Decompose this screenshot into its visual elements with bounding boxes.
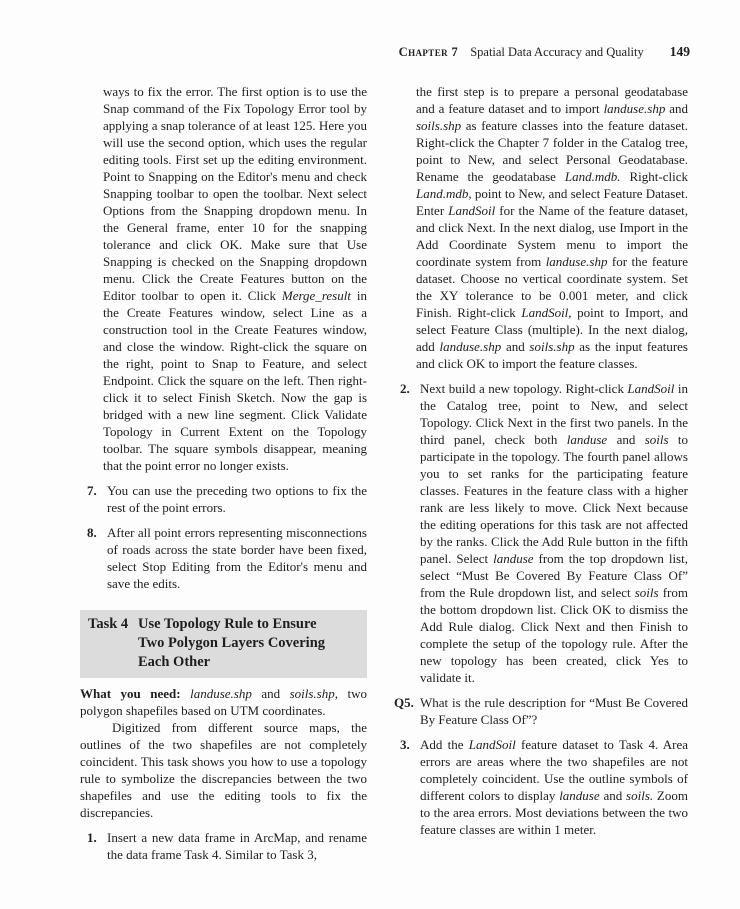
two-column-body: ways to fix the error. The first option …: [0, 83, 740, 863]
text-run: and: [501, 339, 529, 354]
text-run: ways to fix the error. The first option …: [103, 84, 367, 303]
item-text: After all point errors representing misc…: [107, 525, 367, 591]
text-run: After all point errors representing misc…: [107, 525, 367, 591]
step-item: 7.You can use the preceding two options …: [80, 482, 367, 516]
running-header: Chapter 7Spatial Data Accuracy and Quali…: [0, 44, 740, 60]
question-item: Q5.What is the rule description for “Mus…: [393, 694, 688, 728]
text-run: LandSoil: [627, 381, 674, 396]
page-number: 149: [670, 44, 690, 59]
task-heading: Task 4Use Topology Rule to EnsureTwo Pol…: [80, 610, 367, 678]
step-item: 3.Add the LandSoil feature dataset to Ta…: [393, 736, 688, 838]
text-run: soils: [645, 432, 669, 447]
task-title-line: Two Polygon Layers Covering: [138, 634, 325, 653]
text-run: soils.shp,: [290, 686, 338, 701]
text-run: landuse: [493, 551, 533, 566]
text-run: and: [600, 788, 626, 803]
text-run: Right-click: [621, 169, 688, 184]
text-run: You can use the preceding two options to…: [107, 483, 367, 515]
what-you-need-paragraph: What you need: landuse.shp and soils.shp…: [80, 685, 367, 719]
text-run: landuse.shp: [190, 686, 252, 701]
item-marker: 3.: [400, 736, 410, 753]
book-page: Chapter 7Spatial Data Accuracy and Quali…: [0, 0, 740, 909]
text-run: and: [665, 101, 688, 116]
text-run: soils.shp: [529, 339, 574, 354]
text-run: landuse.shp: [604, 101, 666, 116]
item-marker: 8.: [87, 524, 97, 541]
right-column: the first step is to prepare a personal …: [393, 83, 688, 863]
text-run: and: [607, 432, 644, 447]
text-run: Insert a new data frame in ArcMap, and r…: [107, 830, 367, 862]
text-run: in the Create Features window, select Li…: [103, 288, 367, 473]
text-run: landuse.shp: [439, 339, 501, 354]
text-run: landuse: [567, 432, 607, 447]
text-run: LandSoil: [448, 203, 495, 218]
item-marker: 7.: [87, 482, 97, 499]
text-run: What you need:: [80, 686, 190, 701]
step-item: 2.Next build a new topology. Right-click…: [393, 380, 688, 686]
item-text: Next build a new topology. Right-click L…: [420, 381, 688, 685]
text-run: What is the rule description for “Must B…: [420, 695, 688, 727]
item-text: Insert a new data frame in ArcMap, and r…: [107, 830, 367, 862]
item-text: Add the LandSoil feature dataset to Task…: [420, 737, 688, 837]
chapter-label: Chapter 7: [399, 45, 459, 59]
intro-paragraph: Digitized from different source maps, th…: [80, 719, 367, 821]
text-run: LandSoil,: [521, 305, 571, 320]
continuation-paragraph: ways to fix the error. The first option …: [103, 83, 367, 474]
text-run: Add the: [420, 737, 469, 752]
text-run: and: [252, 686, 290, 701]
text-run: soils.: [626, 788, 653, 803]
text-run: Land.mdb.: [565, 169, 621, 184]
item-marker: 1.: [87, 829, 97, 846]
text-run: Next build a new topology. Right-click: [420, 381, 627, 396]
continuation-paragraph: the first step is to prepare a personal …: [416, 83, 688, 372]
text-run: soils.shp: [416, 118, 461, 133]
step-item: 1.Insert a new data frame in ArcMap, and…: [80, 829, 367, 863]
item-marker: 2.: [400, 380, 410, 397]
left-column: ways to fix the error. The first option …: [80, 83, 367, 863]
text-run: Merge_result: [282, 288, 351, 303]
item-marker: Q5.: [394, 694, 414, 711]
task-label: Task 4: [88, 615, 138, 672]
chapter-title: Spatial Data Accuracy and Quality: [470, 45, 644, 59]
item-text: What is the rule description for “Must B…: [420, 695, 688, 727]
text-run: LandSoil: [469, 737, 516, 752]
text-run: Digitized from different source maps, th…: [80, 720, 367, 820]
task-title: Use Topology Rule to EnsureTwo Polygon L…: [138, 615, 325, 672]
text-run: from the bottom dropdown list. Click OK …: [420, 585, 688, 685]
task-title-line: Use Topology Rule to Ensure: [138, 615, 325, 634]
text-run: soils: [635, 585, 659, 600]
text-run: to participate in the topology. The four…: [420, 432, 688, 566]
step-item: 8.After all point errors representing mi…: [80, 524, 367, 592]
task-title-line: Each Other: [138, 653, 325, 672]
text-run: landuse.shp: [546, 254, 608, 269]
text-run: landuse: [559, 788, 599, 803]
item-text: You can use the preceding two options to…: [107, 483, 367, 515]
text-run: Land.mdb,: [416, 186, 472, 201]
